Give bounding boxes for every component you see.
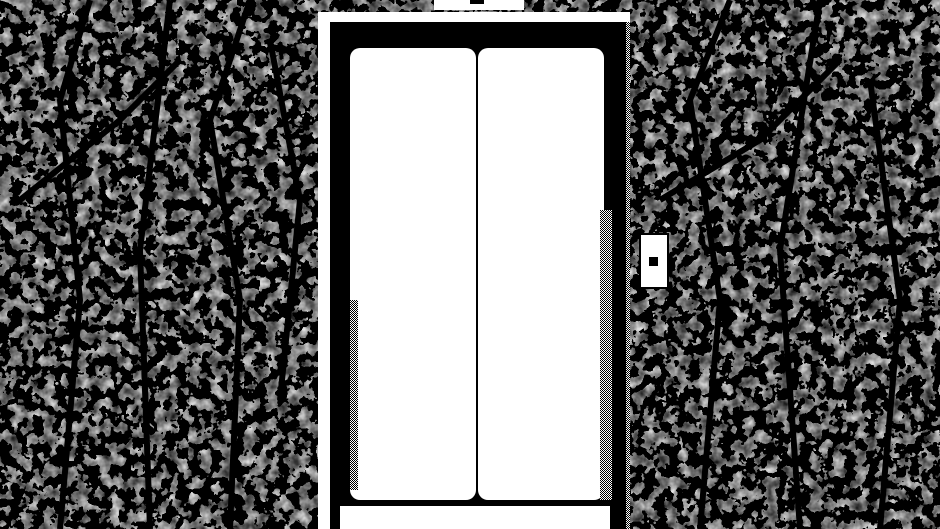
elevator-door-right[interactable] [478,48,612,500]
door-seam [476,50,478,500]
call-button-icon [649,257,658,266]
elevator-door-left[interactable] [350,48,476,500]
call-button-panel[interactable] [640,234,668,288]
scene-canvas [0,0,940,529]
floor-threshold [340,506,610,529]
game-scene [0,0,940,529]
sign-indicator-icon [470,0,484,4]
